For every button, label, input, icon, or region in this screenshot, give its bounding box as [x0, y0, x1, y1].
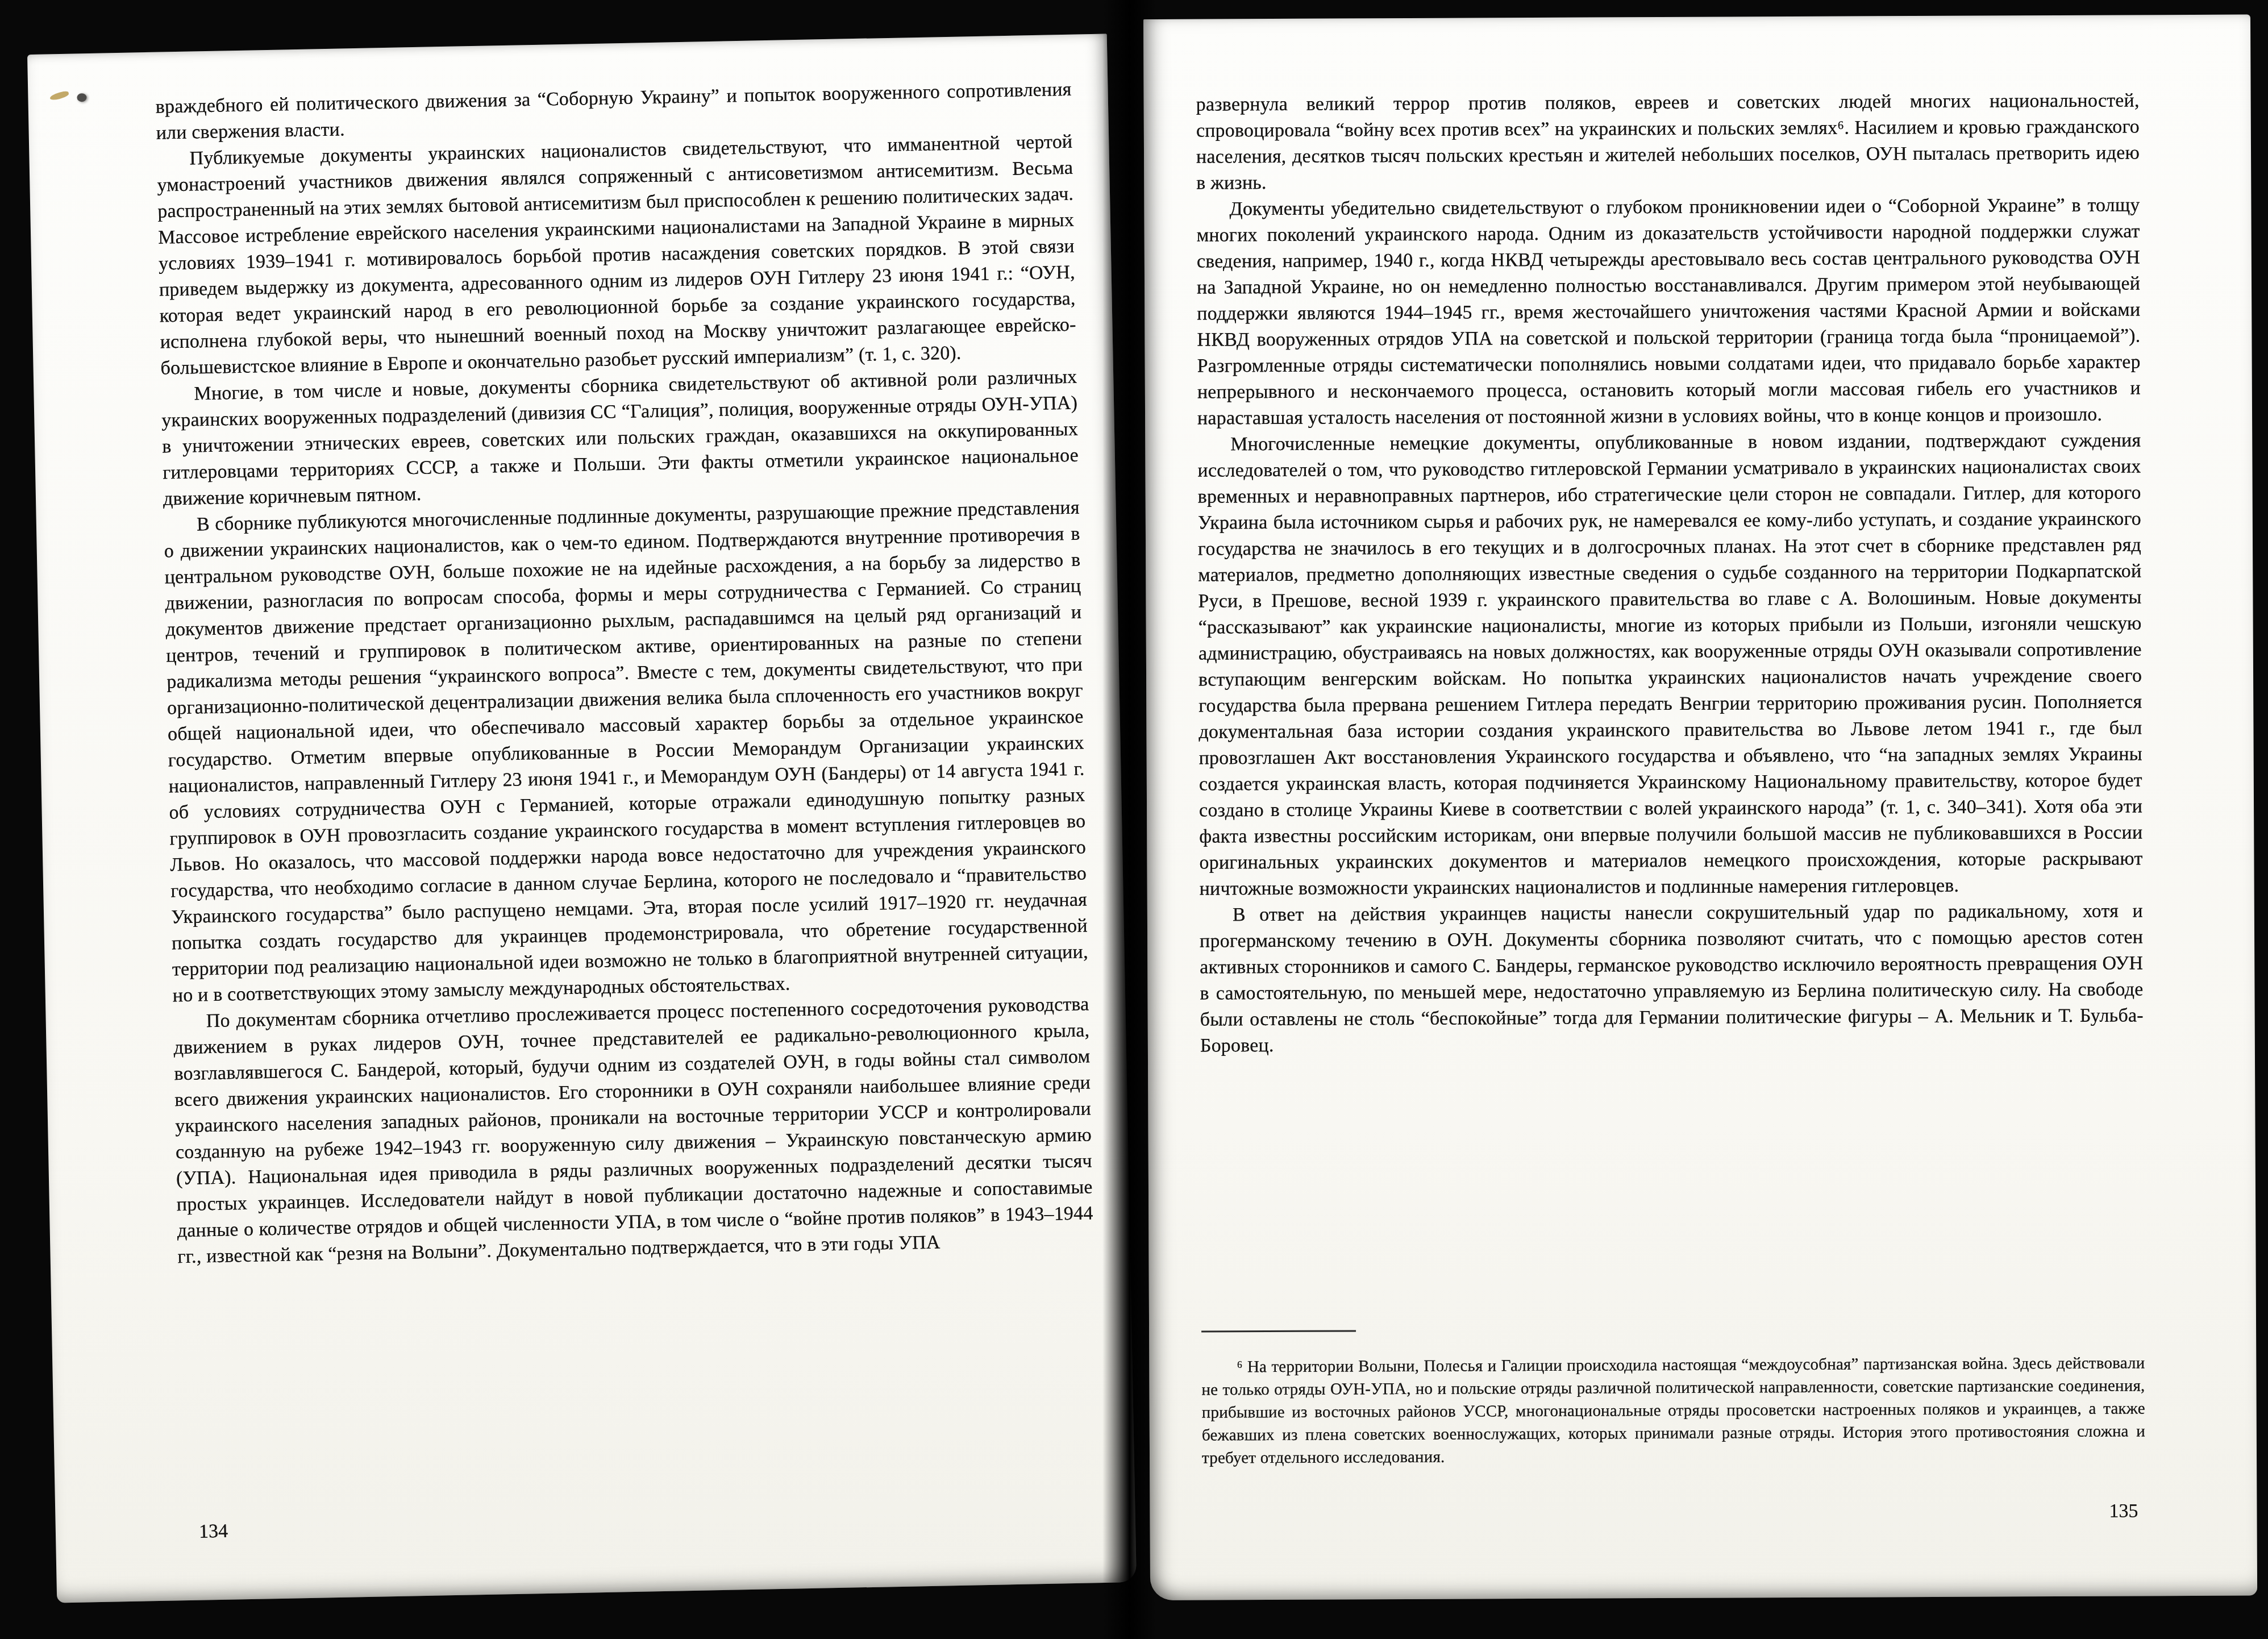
paragraph: Многочисленные немецкие документы, опубл…	[1197, 427, 2143, 902]
paragraph: В сборнике публикуются многочисленные по…	[164, 495, 1089, 1009]
page-134: враждебного ей политического движения за…	[27, 34, 1137, 1603]
paragraph: Публикуемые документы украинских национа…	[156, 129, 1077, 382]
footnote-text: ⁶ На территории Волыни, Полесья и Галици…	[1201, 1351, 2145, 1469]
page-number-134: 134	[199, 1521, 228, 1543]
scan-speck-dark	[77, 93, 86, 102]
paragraph: По документам сборника отчетливо прослеж…	[173, 991, 1094, 1270]
footnote-separator	[1201, 1330, 1356, 1332]
paragraph: Документы убедительно свидетельствуют о …	[1196, 192, 2141, 431]
paragraph: Многие, в том числе и новые, документы с…	[161, 364, 1079, 513]
paragraph: развернула великий террор против поляков…	[1196, 88, 2140, 196]
page-134-text: враждебного ей политического движения за…	[155, 77, 1093, 1271]
page-135: развернула великий террор против поляков…	[1143, 15, 2257, 1600]
page-number-135: 135	[2109, 1500, 2138, 1522]
book-scan: враждебного ей политического движения за…	[0, 0, 2268, 1639]
page-135-text: развернула великий террор против поляков…	[1196, 88, 2144, 1059]
paragraph: В ответ на действия украинцев нацисты на…	[1200, 898, 2144, 1059]
scan-speck-tan	[49, 90, 70, 101]
